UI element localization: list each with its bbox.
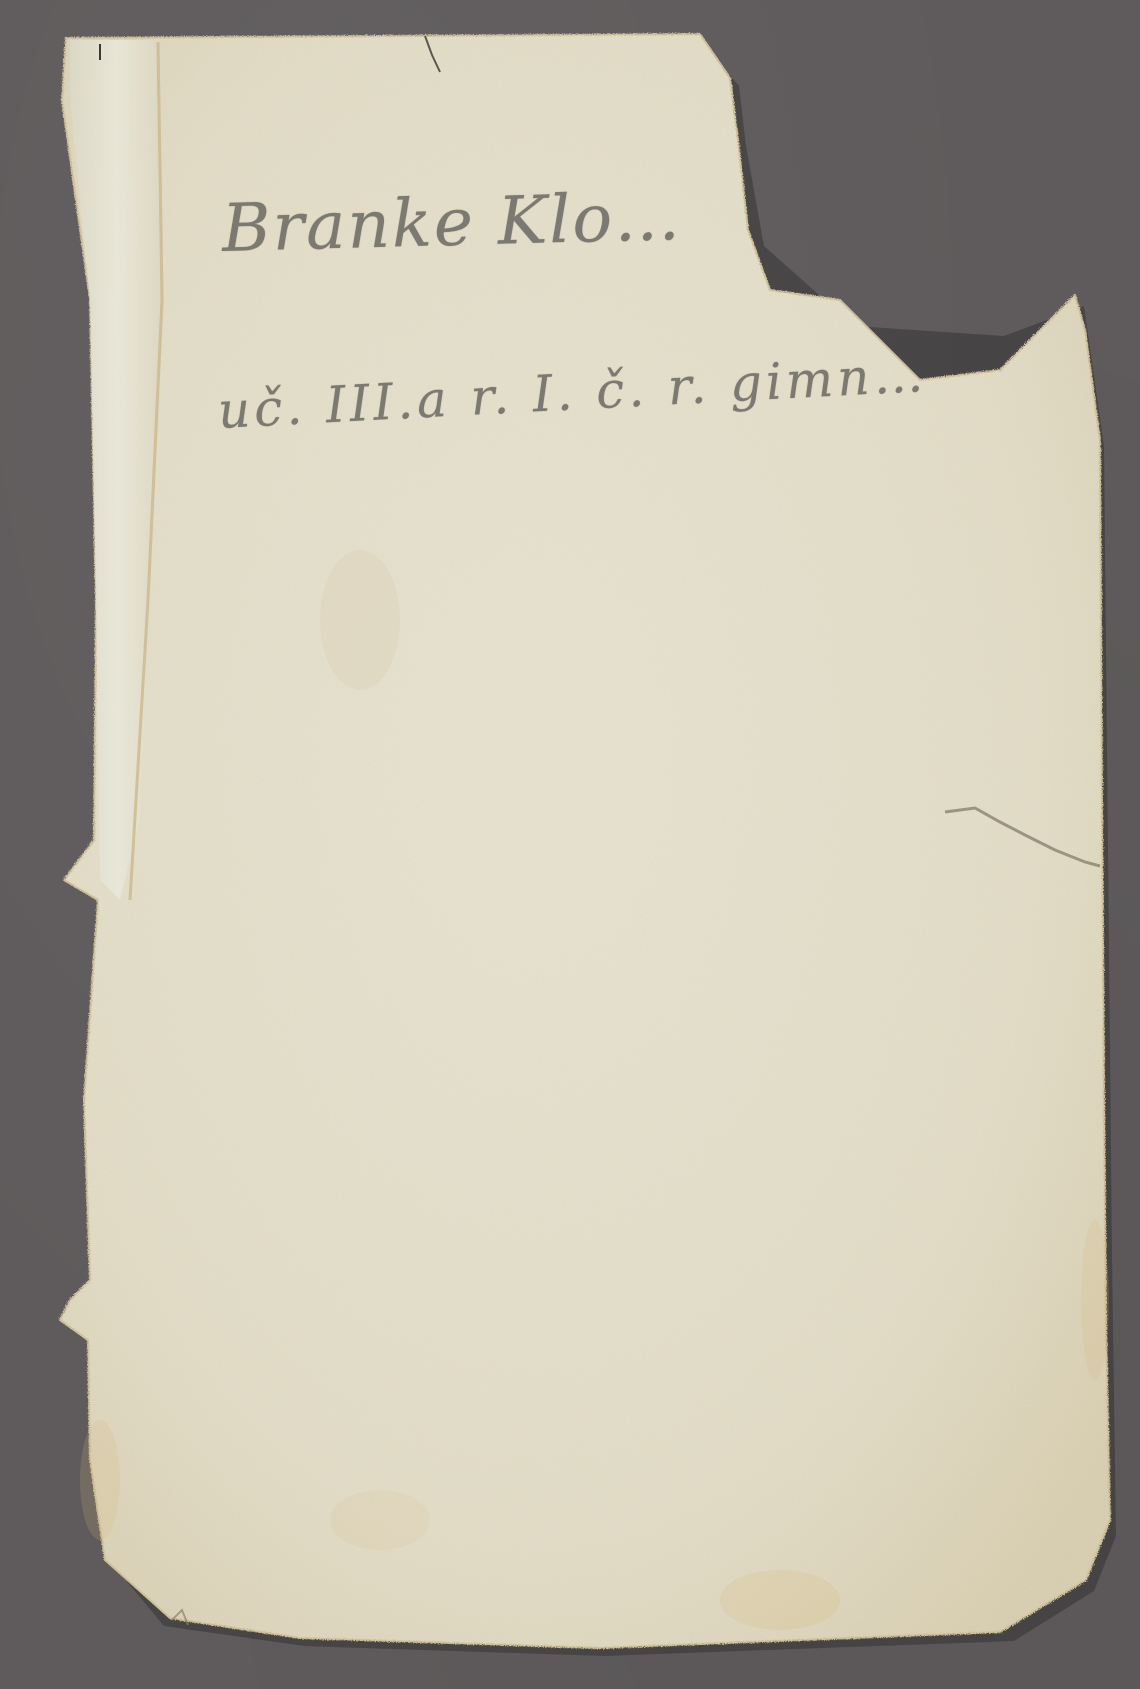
handwritten-name: Branke Klo…	[221, 178, 683, 267]
